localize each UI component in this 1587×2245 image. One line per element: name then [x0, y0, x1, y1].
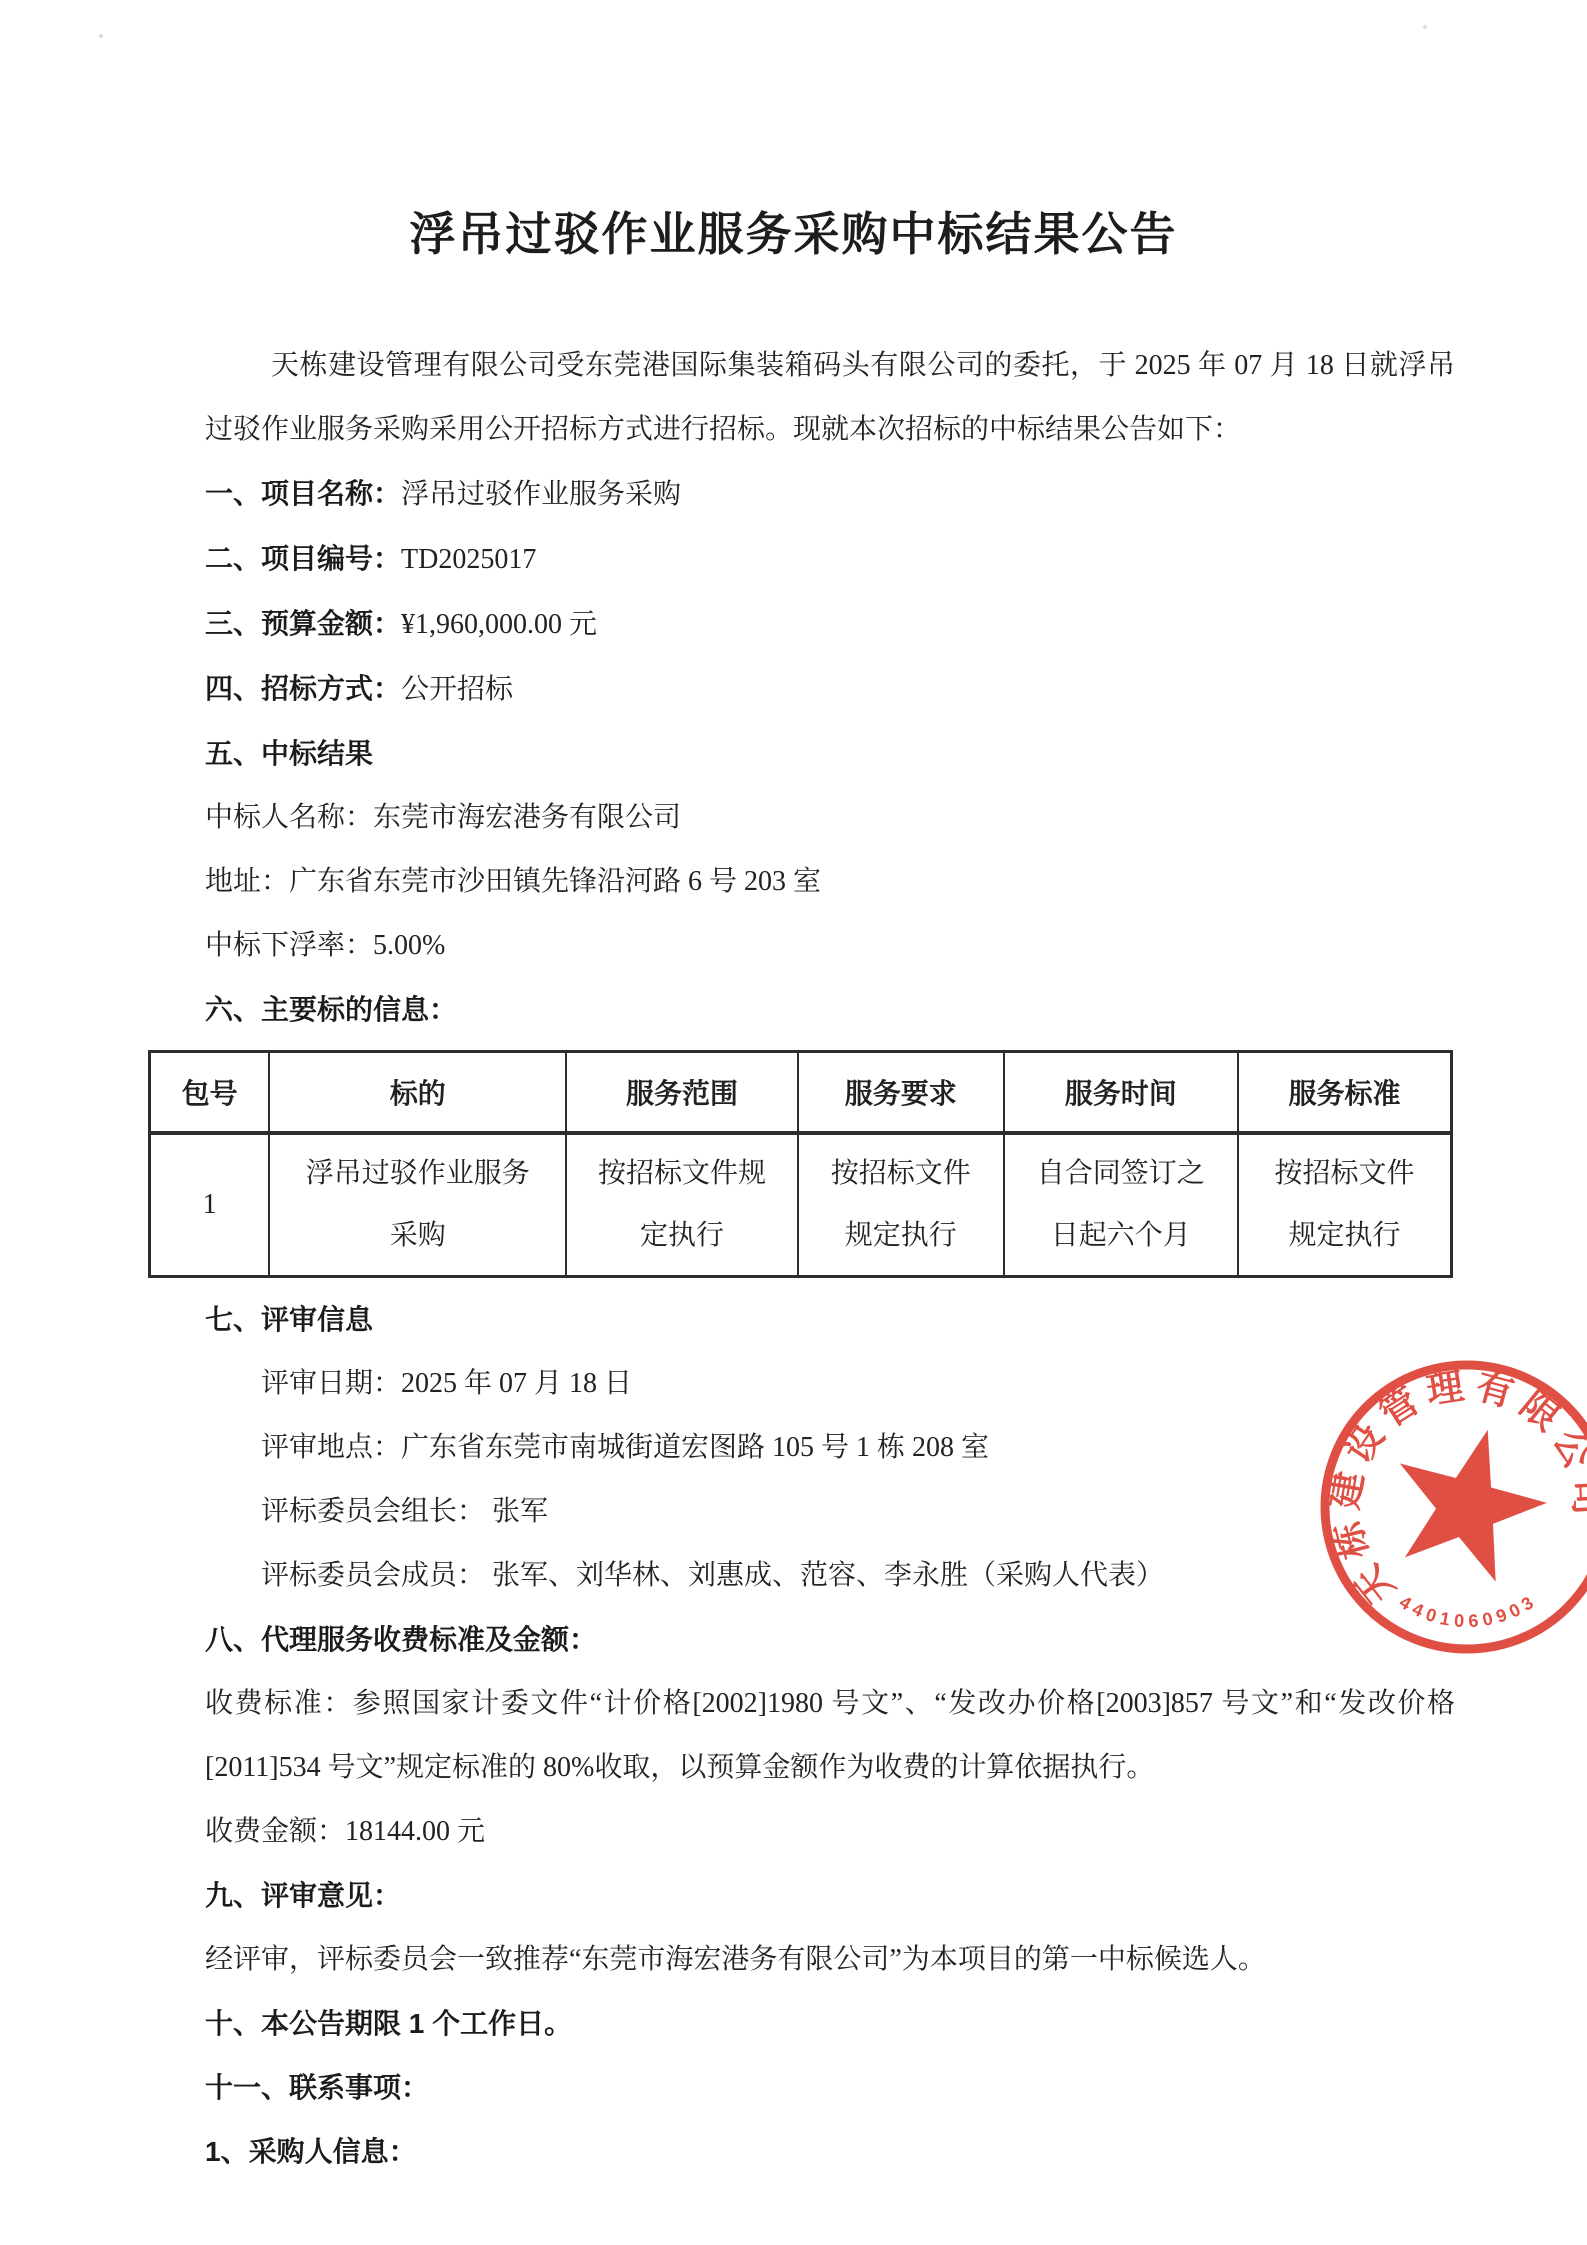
- table-cell-standard: 按招标文件规定执行: [1238, 1133, 1452, 1277]
- winner-name-line: 中标人名称：东莞市海宏港务有限公司: [205, 786, 1455, 850]
- project-name-value: 浮吊过驳作业服务采购: [401, 479, 681, 510]
- budget-label: 三、预算金额：: [205, 608, 401, 639]
- project-name-label: 一、项目名称：: [205, 478, 401, 509]
- table-header-cell-scope: 服务范围: [566, 1052, 798, 1134]
- review-date-line: 评审日期：2025 年 07 月 18 日: [205, 1352, 1455, 1416]
- scan-speck: [99, 34, 103, 38]
- scan-speck: [1423, 25, 1427, 29]
- budget-value: ¥1,960,000.00 元: [401, 609, 597, 640]
- table-header-cell-requirement: 服务要求: [798, 1052, 1004, 1134]
- purchaser-heading: 1、采购人信息：: [205, 2120, 1455, 2184]
- winner-address-line: 地址：广东省东莞市沙田镇先锋沿河路 6 号 203 室: [205, 850, 1455, 914]
- table-header-cell-subject: 标的: [269, 1052, 566, 1134]
- table-header-row: 包号 标的 服务范围 服务要求 服务时间 服务标准: [150, 1052, 1452, 1134]
- table-cell-subject: 浮吊过驳作业服务采购: [269, 1133, 566, 1277]
- table-header-cell-standard: 服务标准: [1238, 1052, 1452, 1134]
- notice-period-line: 十、本公告期限 1 个工作日。: [205, 1992, 1455, 2056]
- method-label: 四、招标方式：: [205, 673, 401, 704]
- table-cell-scope: 按招标文件规定执行: [566, 1133, 798, 1277]
- review-heading: 七、评审信息: [205, 1288, 1455, 1352]
- table-header-cell-package: 包号: [150, 1052, 270, 1134]
- method-value: 公开招标: [401, 674, 513, 705]
- committee-members-line: 评标委员会成员： 张军、刘华林、刘惠成、范容、李永胜（采购人代表）: [205, 1544, 1455, 1608]
- project-name-line: 一、项目名称：浮吊过驳作业服务采购: [205, 462, 1455, 527]
- table-cell-package: 1: [150, 1133, 270, 1277]
- contact-heading: 十一、联系事项：: [205, 2056, 1455, 2120]
- table-row: 1 浮吊过驳作业服务采购 按招标文件规定执行 按招标文件规定执行 自合同签订之日…: [150, 1133, 1452, 1277]
- fee-amount-line: 收费金额：18144.00 元: [205, 1800, 1455, 1864]
- opinion-paragraph: 经评审，评标委员会一致推荐“东莞市海宏港务有限公司”为本项目的第一中标候选人。: [205, 1928, 1455, 1992]
- committee-leader-line: 评标委员会组长： 张军: [205, 1480, 1455, 1544]
- budget-line: 三、预算金额：¥1,960,000.00 元: [205, 592, 1455, 657]
- project-number-label: 二、项目编号：: [205, 543, 401, 574]
- intro-paragraph: 天栋建设管理有限公司受东莞港国际集装箱码头有限公司的委托，于 2025 年 07…: [205, 334, 1455, 462]
- fee-standard-paragraph: 收费标准：参照国家计委文件“计价格[2002]1980 号文”、“发改办价格[2…: [205, 1672, 1455, 1800]
- method-line: 四、招标方式：公开招标: [205, 657, 1455, 722]
- fee-heading: 八、代理服务收费标准及金额：: [205, 1608, 1455, 1672]
- discount-rate-line: 中标下浮率：5.00%: [205, 914, 1455, 978]
- project-number-value: TD2025017: [401, 544, 536, 575]
- table-cell-requirement: 按招标文件规定执行: [798, 1133, 1004, 1277]
- document-page: 浮吊过驳作业服务采购中标结果公告 天栋建设管理有限公司受东莞港国际集装箱码头有限…: [0, 0, 1587, 2245]
- project-number-line: 二、项目编号：TD2025017: [205, 527, 1455, 592]
- document-body: 天栋建设管理有限公司受东莞港国际集装箱码头有限公司的委托，于 2025 年 07…: [205, 334, 1455, 2184]
- opinion-heading: 九、评审意见：: [205, 1864, 1455, 1928]
- review-place-line: 评审地点：广东省东莞市南城街道宏图路 105 号 1 栋 208 室: [205, 1416, 1455, 1480]
- result-heading: 五、中标结果: [205, 722, 1455, 786]
- subject-heading: 六、主要标的信息：: [205, 978, 1455, 1042]
- table-cell-time: 自合同签订之日起六个月: [1004, 1133, 1238, 1277]
- table-header-cell-time: 服务时间: [1004, 1052, 1238, 1134]
- page-title: 浮吊过驳作业服务采购中标结果公告: [0, 0, 1587, 264]
- subject-table: 包号 标的 服务范围 服务要求 服务时间 服务标准 1 浮吊过驳作业服务采购 按…: [148, 1050, 1453, 1278]
